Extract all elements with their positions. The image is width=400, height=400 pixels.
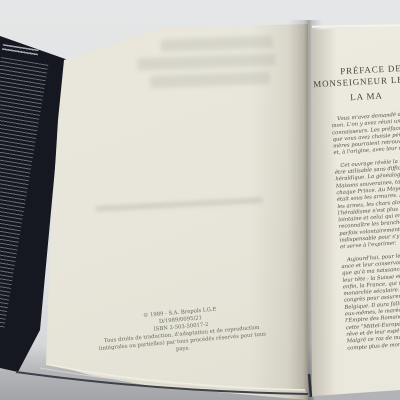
showthrough-smudge xyxy=(95,198,263,212)
flap-text-block xyxy=(0,57,48,329)
showthrough-line xyxy=(161,36,273,52)
preface-paragraph: Cet ouvrage révèle la rigueur queêtre ut… xyxy=(334,153,400,251)
book-photo: © 1989 - S.A. Brepols I.G.P.D/1989/0095/… xyxy=(0,0,400,400)
copyright-block: © 1989 - S.A. Brepols I.G.P.D/1989/0095/… xyxy=(94,301,269,359)
flap-title-text-block xyxy=(2,44,39,58)
showthrough-line xyxy=(137,54,275,71)
showthrough-line xyxy=(150,72,270,88)
preface-heading-line-3: LA MA xyxy=(350,90,383,103)
preface-paragraph: Aujourd'hui, pour les pays qui con-ance … xyxy=(341,247,400,352)
showthrough-title-text xyxy=(126,29,289,127)
